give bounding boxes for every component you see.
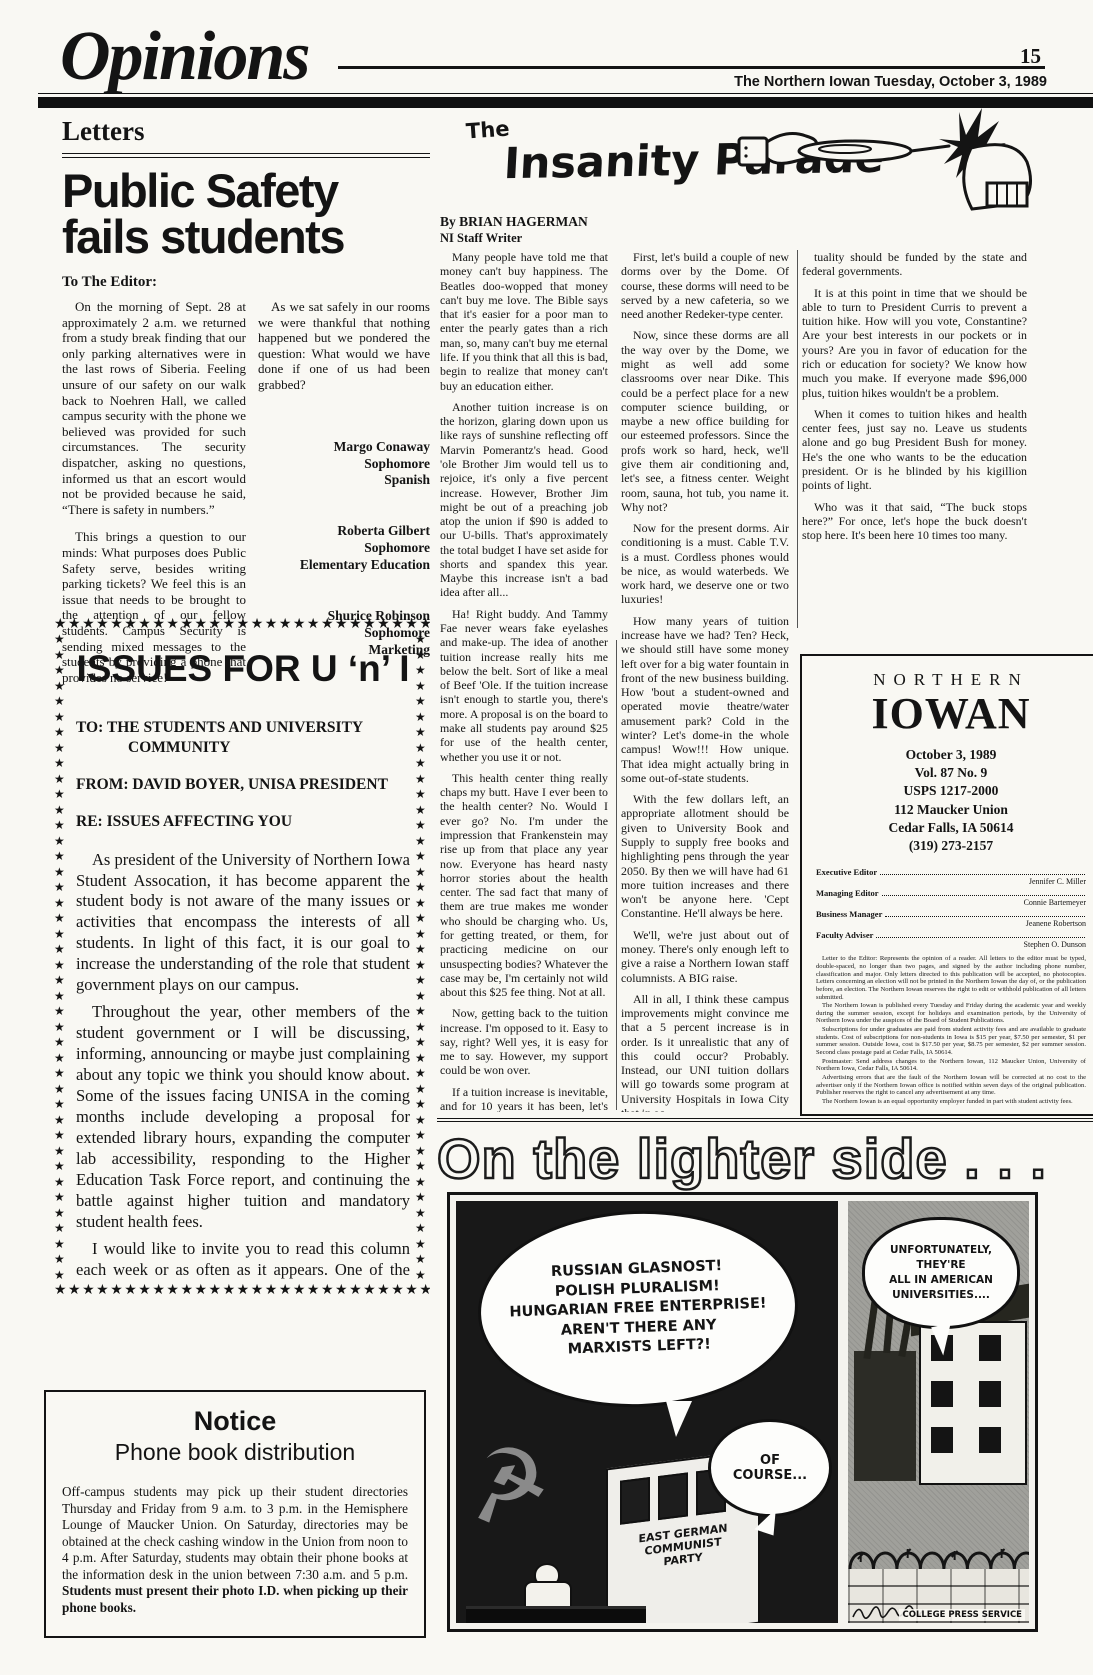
signature-name: Margo Conaway [258,439,430,456]
staff-name: Stephen O. Dunson [816,940,1086,949]
article-paragraph: Ha! Right buddy. And Tammy Fae never wea… [440,607,608,764]
staff-role: Managing Editor [816,888,879,898]
staff-role: Executive Editor [816,867,877,877]
notice-text-bold: Students must present their photo I.D. w… [62,1583,408,1615]
staff-row: Faculty Adviser [816,930,1086,940]
building-window [931,1427,953,1453]
masthead-info: October 3, 1989 Vol. 87 No. 9 USPS 1217-… [816,746,1086,855]
building-window [931,1381,953,1407]
page-number: 15 [1020,44,1041,69]
staff-role: Faculty Adviser [816,930,873,940]
article-paragraph: Another tuition increase is on the horiz… [440,400,608,600]
staff-row: Managing Editor [816,888,1086,898]
article-column-2: First, let's build a couple of new dorms… [621,250,789,1112]
signature-class: Sophomore [258,456,430,473]
letter-salutation: To The Editor: [62,274,430,291]
masthead-volume: Vol. 87 No. 9 [816,764,1086,782]
masthead-date: October 3, 1989 [816,746,1086,764]
editorial-cartoon: RUSSIAN GLASNOST! POLISH PLURALISM! HUNG… [447,1192,1038,1632]
fine-print-paragraph: Postmaster: Send address changes to the … [816,1058,1086,1073]
letter-headline: Public Safety fails students [62,168,430,260]
article-paragraph: Now, since these dorms are all the way o… [621,328,789,514]
letter-signature: Margo Conaway Sophomore Spanish [258,439,430,490]
article-paragraph: Now, getting back to the tuition increas… [440,1006,608,1077]
fine-print-paragraph: The Northern Iowan is an equal opportuni… [816,1098,1086,1106]
masthead-brand: IOWAN [816,692,1086,736]
staff-name: Jennifer C. Miller [816,877,1086,886]
memo-to-line: TO: THE STUDENTS AND UNIVERSITY COMMUNIT… [76,718,410,758]
header-hairline [38,93,1093,94]
article-paragraph: If a tuition increase is inevitable, and… [440,1085,608,1112]
issues-body: As president of the University of Northe… [76,850,410,1280]
masthead-phone: (319) 273-2157 [816,837,1086,855]
staff-name: Connie Bartemeyer [816,898,1086,907]
notice-title: Notice [62,1406,408,1437]
building-window [979,1335,1001,1361]
notice-text: Off-campus students may pick up their st… [62,1484,408,1582]
cartoon-desk [466,1606,646,1623]
letter-signature: Roberta Gilbert Sophomore Elementary Edu… [258,523,430,574]
staff-row: Business Manager [816,909,1086,919]
masthead-brand-top: NORTHERN [816,670,1086,690]
memo-from-line: FROM: DAVID BOYER, UNISA PRESIDENT [76,775,410,795]
comic-credit: COLLEGE PRESS SERVICE [899,1609,1025,1621]
masthead-staff-list: Executive Editor Jennifer C. Miller Mana… [816,867,1086,949]
issues-title: ISSUES FOR U ‘n’ I [76,648,410,690]
article-paragraph: Who was it that said, “The buck stops he… [802,500,1027,543]
issue-date-line: The Northern Iowan Tuesday, October 3, 1… [734,74,1047,90]
staff-role: Business Manager [816,909,882,919]
article-paragraph: When it comes to tuition hikes and healt… [802,407,1027,493]
letters-section: Letters Public Safety fails students To … [62,116,430,697]
article-paragraph: tuality should be funded by the state an… [802,250,1027,279]
barbed-wire [848,1525,1029,1571]
issues-paragraph: As president of the University of Northe… [76,850,410,997]
article-paragraph: How many years of tuition increase have … [621,614,789,785]
factory-silhouette [854,1351,916,1481]
notice-box: Notice Phone book distribution Off-campu… [44,1390,426,1638]
page-title: Opinions [60,22,309,92]
column-kicker: The [465,117,510,144]
pie-in-face-illustration [733,104,1038,222]
masthead-box: NORTHERN IOWAN October 3, 1989 Vol. 87 N… [800,654,1093,1116]
cartoon-panel-right: UNFORTUNATELY, THEY'RE ALL IN AMERICAN U… [848,1201,1029,1623]
byline-block: By BRIAN HAGERMAN NI Staff Writer [440,214,588,247]
star-border-right: ★★★★★★★★★★★★★★★★★★★★★★★★★★★★★★★★★★★★★★★★… [415,632,430,1284]
memo-re-line: RE: ISSUES AFFECTING YOU [76,812,410,832]
section-divider [437,1118,1093,1122]
byline: By BRIAN HAGERMAN [440,214,588,231]
star-border-top: ★★★★★★★★★★★★★★★★★★★★★★★★★★★★★★★★★★★★★★★★… [54,616,430,634]
article-paragraph: It is at this point in time that we shou… [802,286,1027,400]
signature-major: Spanish [258,472,430,489]
issues-paragraph: Throughout the year, other members of th… [76,1002,410,1232]
building-window [620,1477,650,1525]
notice-body: Off-campus students may pick up their st… [62,1484,408,1616]
column-rule [616,640,617,1110]
building-sign: EAST GERMAN COMMUNIST PARTY [612,1518,754,1575]
masthead-fine-print: Letter to the Editor: Represents the opi… [816,955,1086,1105]
staff-name: Jeanene Robertson [816,919,1086,928]
speech-bubble-of-course: OF COURSE... [708,1419,832,1517]
issues-column-box: ★★★★★★★★★★★★★★★★★★★★★★★★★★★★★★★★★★★★★★★★… [54,616,430,1300]
fine-print-paragraph: Letter to the Editor: Represents the opi… [816,955,1086,1001]
column-rule [797,250,798,628]
fine-print-paragraph: The Northern Iowan is published every Tu… [816,1002,1086,1025]
speech-bubble-tail [666,1401,692,1437]
letter-paragraph: As we sat safely in our rooms we were th… [258,299,430,393]
article-paragraph: First, let's build a couple of new dorms… [621,250,789,321]
article-paragraph: Many people have told me that money can'… [440,250,608,393]
building-window [979,1427,1001,1453]
fine-print-paragraph: Advertising errors that are the fault of… [816,1074,1086,1097]
letters-rule [62,153,430,158]
article-paragraph: We'll, we're just about out of money. Th… [621,928,789,985]
cartoon-panel-left: RUSSIAN GLASNOST! POLISH PLURALISM! HUNG… [456,1201,838,1623]
star-border-left: ★★★★★★★★★★★★★★★★★★★★★★★★★★★★★★★★★★★★★★★★… [54,632,69,1284]
letter-paragraph: On the morning of Sept. 28 at approximat… [62,299,246,517]
masthead-address-1: 112 Maucker Union [816,801,1086,819]
newspaper-page: Opinions 15 The Northern Iowan Tuesday, … [0,0,1093,1675]
masthead-usps: USPS 1217-2000 [816,782,1086,800]
notice-subtitle: Phone book distribution [62,1439,408,1466]
article-paragraph: This health center thing really chaps my… [440,771,608,1000]
star-border-bottom: ★★★★★★★★★★★★★★★★★★★★★★★★★★★★★★★★★★★★★★★★… [54,1282,430,1300]
signature-major: Elementary Education [258,557,430,574]
building-window [658,1472,688,1520]
letters-label: Letters [62,116,430,147]
building-window [979,1381,1001,1407]
article-column-1: Many people have told me that money can'… [440,250,608,1112]
speech-bubble-marxists: RUSSIAN GLASNOST! POLISH PLURALISM! HUNG… [475,1205,802,1412]
hammer-sickle-icon [456,1429,559,1541]
article-paragraph: All in all, I think these campus improve… [621,992,789,1112]
article-paragraph: With the few dollars left, an appropriat… [621,792,789,921]
masthead-address-2: Cedar Falls, IA 50614 [816,819,1086,837]
signature-name: Roberta Gilbert [258,523,430,540]
speech-bubble-universities: UNFORTUNATELY, THEY'RE ALL IN AMERICAN U… [862,1217,1020,1329]
header-rule [338,66,1045,69]
issues-paragraph: I would like to invite you to read this … [76,1239,410,1280]
byline-role: NI Staff Writer [440,231,588,247]
lighter-side-header: On the lighter side . . . [437,1126,1087,1191]
signature-class: Sophomore [258,540,430,557]
staff-row: Executive Editor [816,867,1086,877]
article-paragraph: Now for the present dorms. Air condition… [621,521,789,607]
fine-print-paragraph: Subscriptions for under graduates are pa… [816,1026,1086,1057]
